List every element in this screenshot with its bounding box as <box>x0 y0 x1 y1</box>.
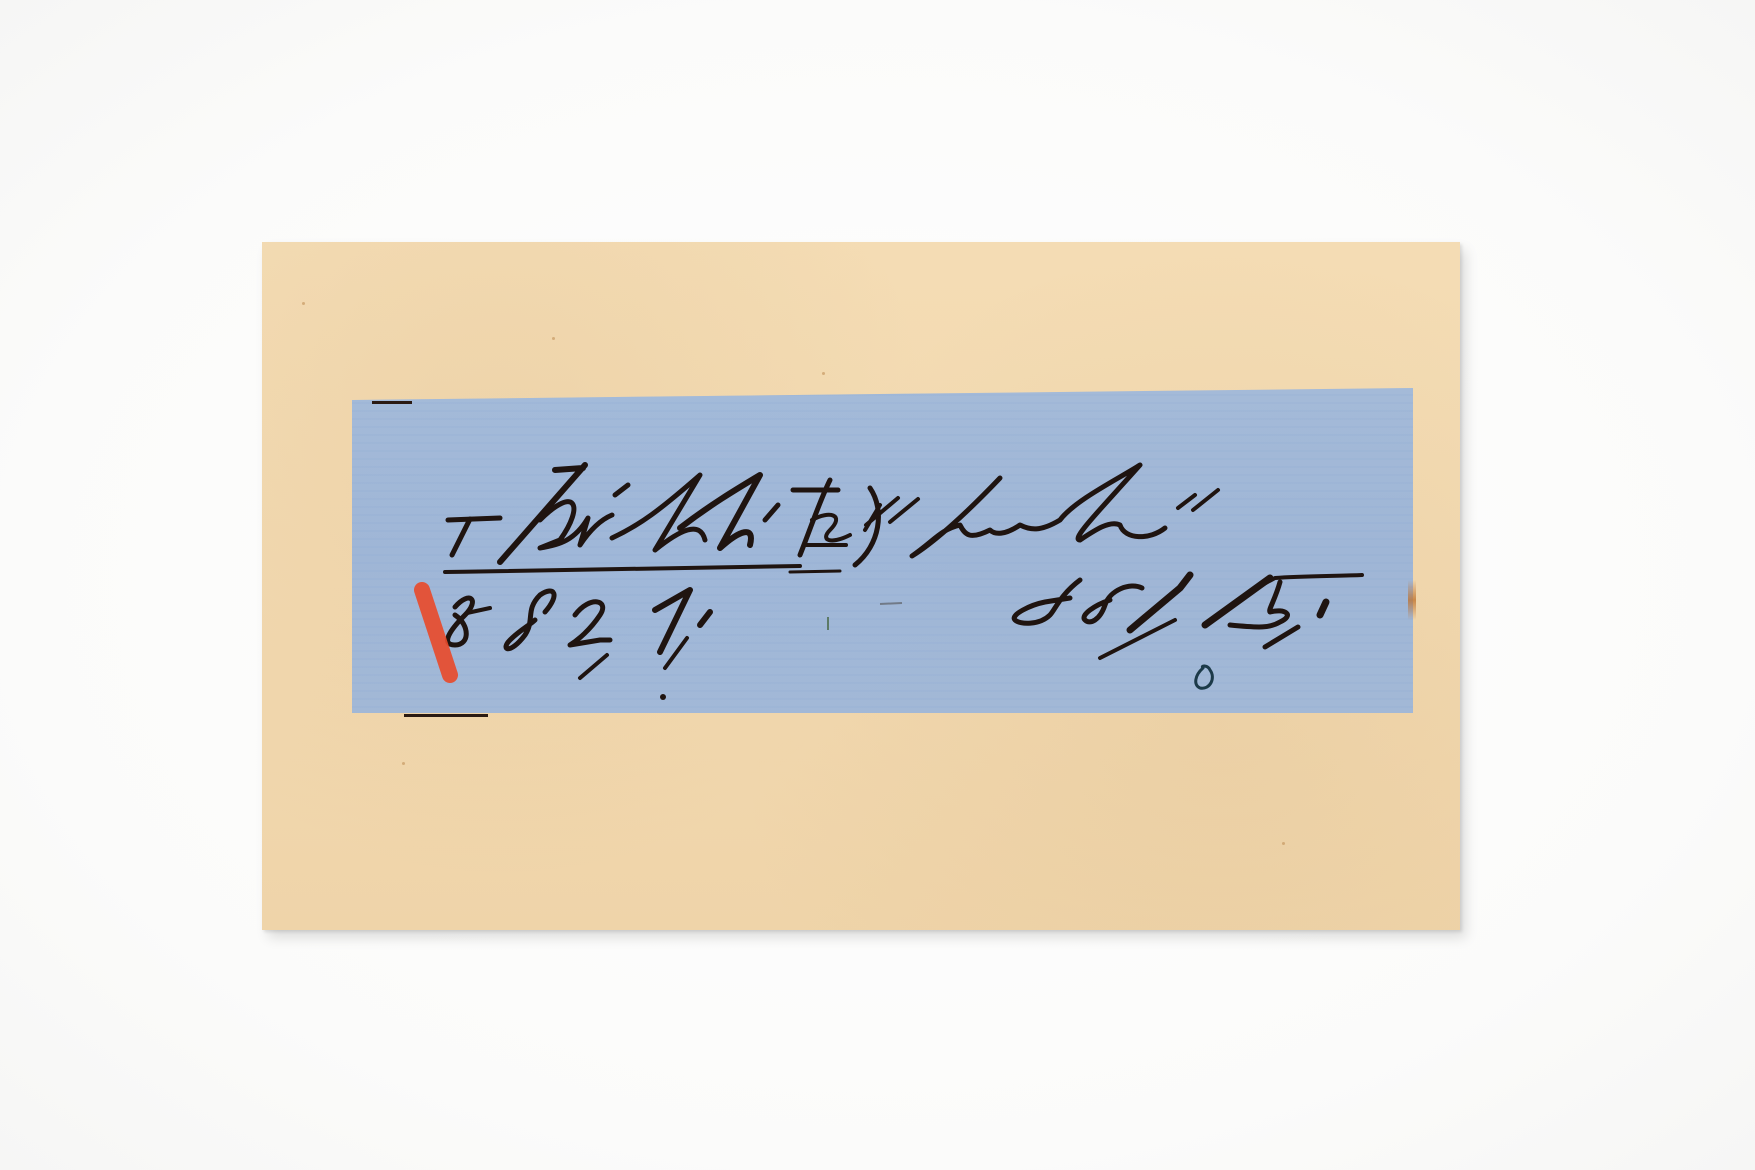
paper-speck <box>552 337 555 340</box>
paper-speck <box>402 762 405 765</box>
rust-stain <box>1408 580 1416 620</box>
edge-ink-mark-bottom <box>404 714 488 717</box>
paper-speck <box>302 302 305 305</box>
paper-speck <box>1282 842 1285 845</box>
blue-paper-slip <box>352 388 1413 713</box>
edge-ink-mark-top <box>372 401 412 404</box>
paper-speck <box>822 372 825 375</box>
